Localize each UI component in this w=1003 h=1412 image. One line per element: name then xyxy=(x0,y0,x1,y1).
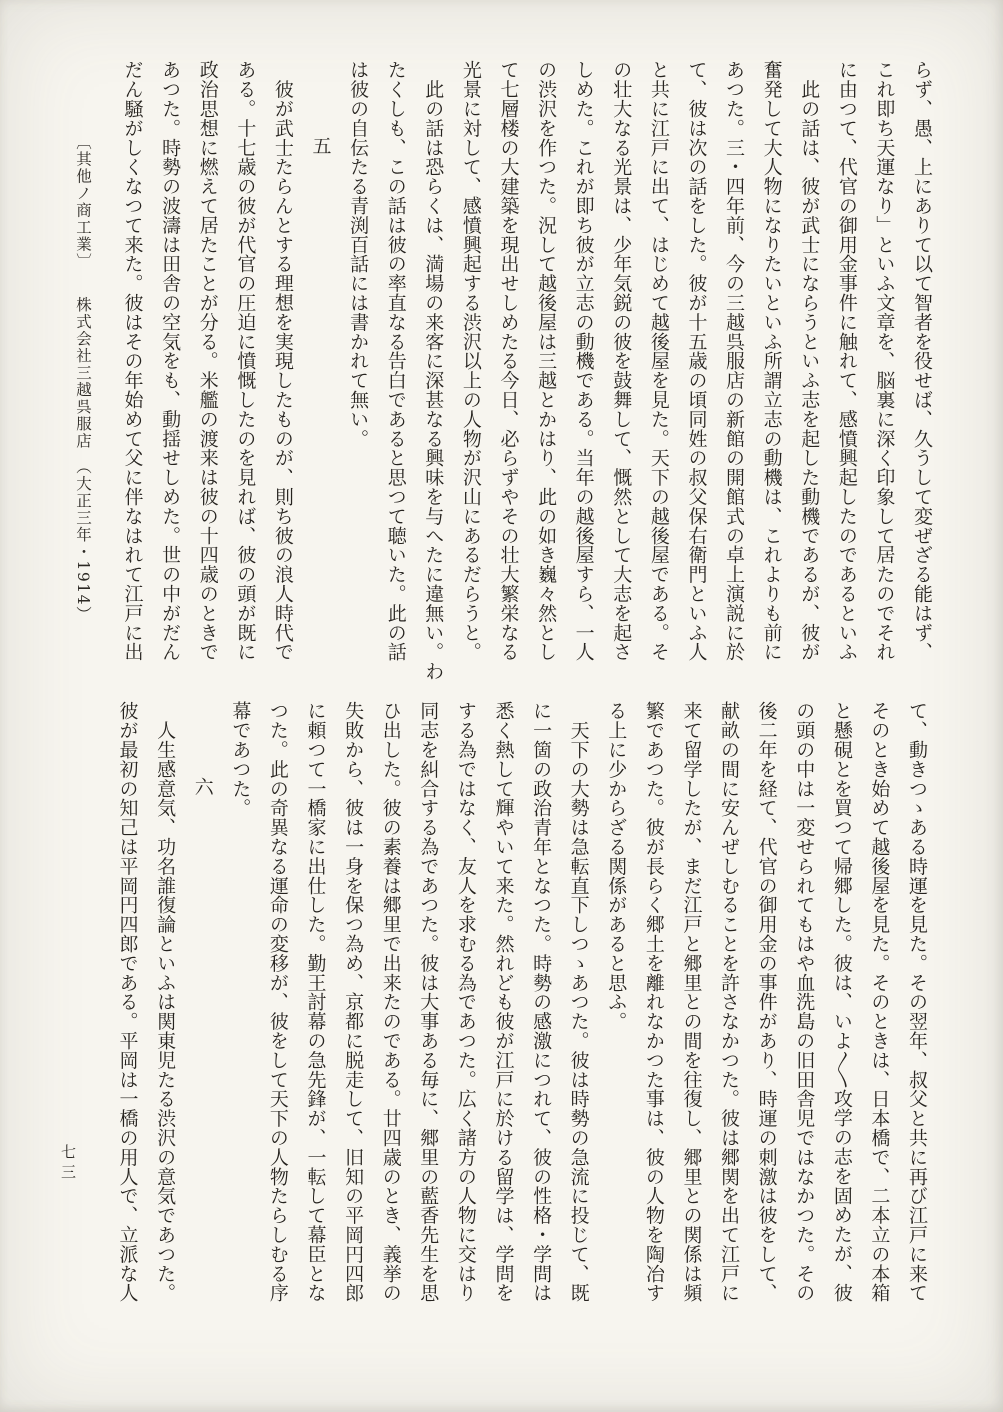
text-column: の壮大なる光景は、少年気鋭の彼を鼓舞して、慨然として大志を起さ xyxy=(602,60,640,672)
text-column: あつた。時勢の波濤は田舎の空気をも、動揺せしめた。世の中がだん xyxy=(151,60,189,672)
text-column: つた。此の奇異なる運命の変移が、彼をして天下の人物たらしむる序 xyxy=(258,701,296,1331)
text-column: る上に少からざる関係があると思ふ。 xyxy=(597,701,635,1331)
text-column: と懸硯とを買つて帰郷した。彼は、いよ〱攻学の志を固めたが、彼 xyxy=(822,701,860,1331)
document-page: らず、愚、上にありて以て智者を役せば、久うして変ぜざる能はず、これ即ち天運なり」… xyxy=(0,0,1003,1412)
text-column: あつた。三・四年前、今の三越呉服店の新館の開館式の卓上演説に於 xyxy=(714,60,752,672)
text-column: 此の話は恐らくは、満場の来客に深甚なる興味を与へたに違無い。わ xyxy=(414,60,452,672)
text-column: の頭の中は一変せられてもはや血洗島の旧田舎児ではなかつた。その xyxy=(785,701,823,1331)
text-column: て、彼は次の話をした。彼が十五歳の頃同姓の叔父保右衛門といふ人 xyxy=(677,60,715,672)
text-column: て、動きつゝある時運を見た。その翌年、叔父と共に再び江戸に来て xyxy=(897,701,935,1331)
source-colophon: 〔其他ノ商工業〕 株式会社三越呉服店 （大正三年・1914） xyxy=(63,60,101,672)
text-column: ある。十七歳の彼が代官の圧迫に憤慨したのを見れば、彼の頭が既に xyxy=(226,60,264,672)
section-heading: 五 xyxy=(301,60,339,672)
text-column: だん騒がしくなつて来た。彼はその年始めて父に伴なはれて江戸に出 xyxy=(113,60,151,672)
text-column: しめた。これが即ち彼が立志の動機である。当年の越後屋すら、一人 xyxy=(564,60,602,672)
text-column: 献畝の間に安んぜしむることを許さなかつた。彼は郷関を出て江戸に xyxy=(709,701,747,1331)
text-column: これ即ち天運なり」といふ文章を、脳裏に深く印象して居たのでそれ xyxy=(865,60,903,672)
text-column: と共に江戸に出て、はじめて越後屋を見た。天下の越後屋である。そ xyxy=(639,60,677,672)
page-number: 七三 xyxy=(58,1144,79,1184)
text-column: に一箇の政治青年となつた。時勢の感激につれて、彼の性格・学問は xyxy=(521,701,559,1331)
text-column: たくしも、この話は彼の率直なる告白であると思つて聴いた。此の話 xyxy=(376,60,414,672)
text-column: 同志を糾合する為であつた。彼は大事ある毎に、郷里の藍香先生を思 xyxy=(409,701,447,1331)
text-column: らず、愚、上にありて以て智者を役せば、久うして変ぜざる能はず、 xyxy=(902,60,940,672)
text-column: 此の話は、彼が武士にならうといふ志を起した動機であるが、彼が xyxy=(790,60,828,672)
text-column: する為ではなく、友人を求むる為であつた。広く諸方の人物に交はり xyxy=(446,701,484,1331)
text-column: 失敗から、彼は一身を保つ為め、京都に脱走して、旧知の平岡円四郎 xyxy=(334,701,372,1331)
text-column: 彼が最初の知己は平岡円四郎である。平岡は一橋の用人で、立派な人 xyxy=(108,701,146,1331)
text-column: そのとき始めて越後屋を見た。そのときは、日本橋で、二本立の本箱 xyxy=(860,701,898,1331)
text-column: に由つて、代官の御用金事件に触れて、感憤興起したのであるといふ xyxy=(827,60,865,672)
top-text-block: らず、愚、上にありて以て智者を役せば、久うして変ぜざる能はず、これ即ち天運なり」… xyxy=(55,60,940,672)
text-column: 繁であつた。彼が長らく郷土を離れなかつた事は、彼の人物を陶冶す xyxy=(634,701,672,1331)
text-column: ひ出した。彼の素養は郷里で出来たのである。廿四歳のとき、義挙の xyxy=(371,701,409,1331)
text-column: 悉く熱して輝やいて来た。然れども彼が江戸に於ける留学は、学問を xyxy=(484,701,522,1331)
text-column: て七層楼の大建築を現出せしめたる今日、必らずやその壮大繁栄なる xyxy=(489,60,527,672)
text-column: 来て留学したが、まだ江戸と郷里との間を往復し、郷里との関係は頻 xyxy=(672,701,710,1331)
text-column: 幕であつた。 xyxy=(221,701,259,1331)
text-column: 天下の大勢は急転直下しつゝあつた。彼は時勢の急流に投じて、既 xyxy=(559,701,597,1331)
text-column: 彼が武士たらんとする理想を実現したものが、則ち彼の浪人時代で xyxy=(263,60,301,672)
text-column: 後二年を経て、代官の御用金の事件があり、時運の刺激は彼をして、 xyxy=(747,701,785,1331)
text-column: 人生感意気、功名誰復論といふは関東児たる渋沢の意気であつた。 xyxy=(146,701,184,1331)
section-heading: 六 xyxy=(183,701,221,1331)
text-column: 政治思想に燃えて居たことが分る。米艦の渡来は彼の十四歳のときで xyxy=(188,60,226,672)
bottom-text-block: て、動きつゝある時運を見た。その翌年、叔父と共に再び江戸に来てそのとき始めて越後… xyxy=(108,701,935,1331)
text-column: 光景に対して、感憤興起する渋沢以上の人物が沢山にあるだらうと。 xyxy=(451,60,489,672)
text-column: の渋沢を作つた。況して越後屋は三越とかはり、此の如き巍々然とし xyxy=(526,60,564,672)
text-column: は彼の自伝たる青渕百話には書かれて無い。 xyxy=(339,60,377,672)
text-column: 奮発して大人物になりたいといふ所謂立志の動機は、これよりも前に xyxy=(752,60,790,672)
text-column: に頼つて一橋家に出仕した。勤王討幕の急先鋒が、一転して幕臣とな xyxy=(296,701,334,1331)
